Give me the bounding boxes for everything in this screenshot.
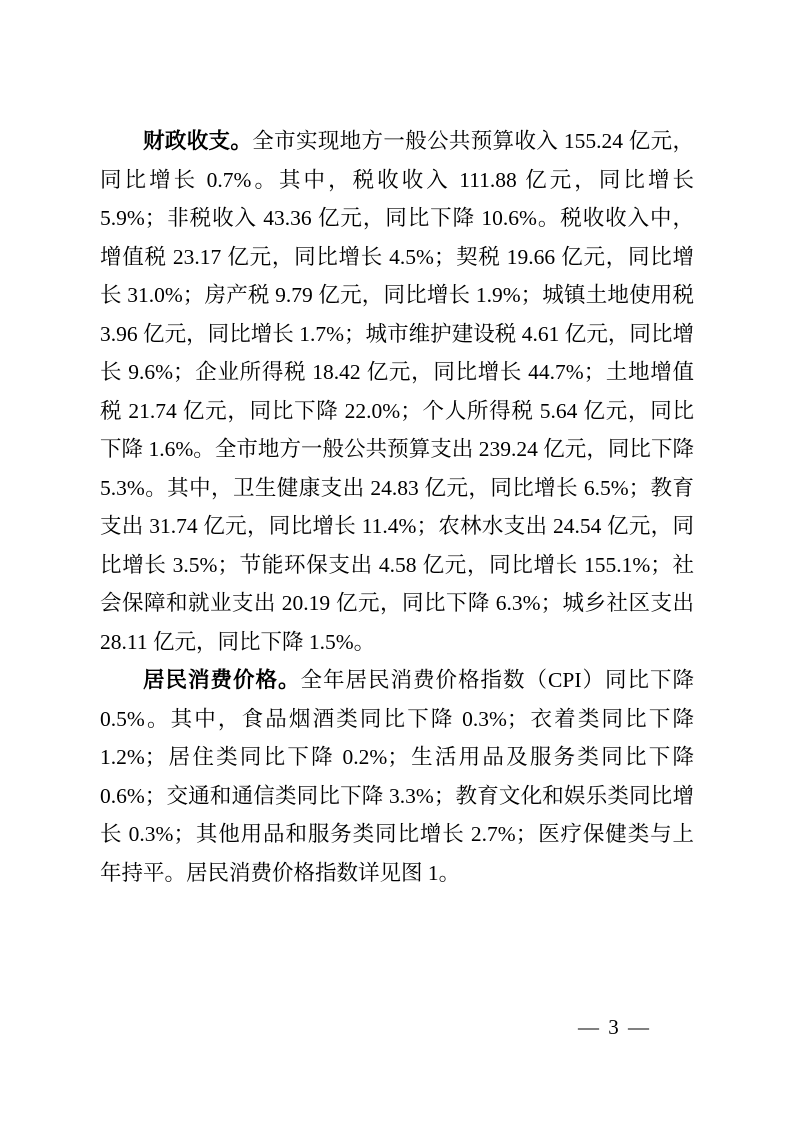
paragraph-text-fiscal: 全市实现地方一般公共预算收入 155.24 亿元，同比增长 0.7%。其中，税收… [100,129,694,654]
paragraph-fiscal-revenue-expenditure: 财政收支。全市实现地方一般公共预算收入 155.24 亿元，同比增长 0.7%。… [100,122,694,661]
paragraph-consumer-prices: 居民消费价格。全年居民消费价格指数（CPI）同比下降 0.5%。其中，食品烟酒类… [100,661,694,892]
page-number: — 3 — [578,1014,651,1040]
page-body: 财政收支。全市实现地方一般公共预算收入 155.24 亿元，同比增长 0.7%。… [100,122,694,892]
paragraph-lead-fiscal: 财政收支。 [143,129,252,153]
paragraph-lead-cpi: 居民消费价格。 [143,668,301,692]
document-page: 财政收支。全市实现地方一般公共预算收入 155.24 亿元，同比增长 0.7%。… [0,0,794,1123]
paragraph-text-cpi: 全年居民消费价格指数（CPI）同比下降 0.5%。其中，食品烟酒类同比下降 0.… [100,668,694,885]
